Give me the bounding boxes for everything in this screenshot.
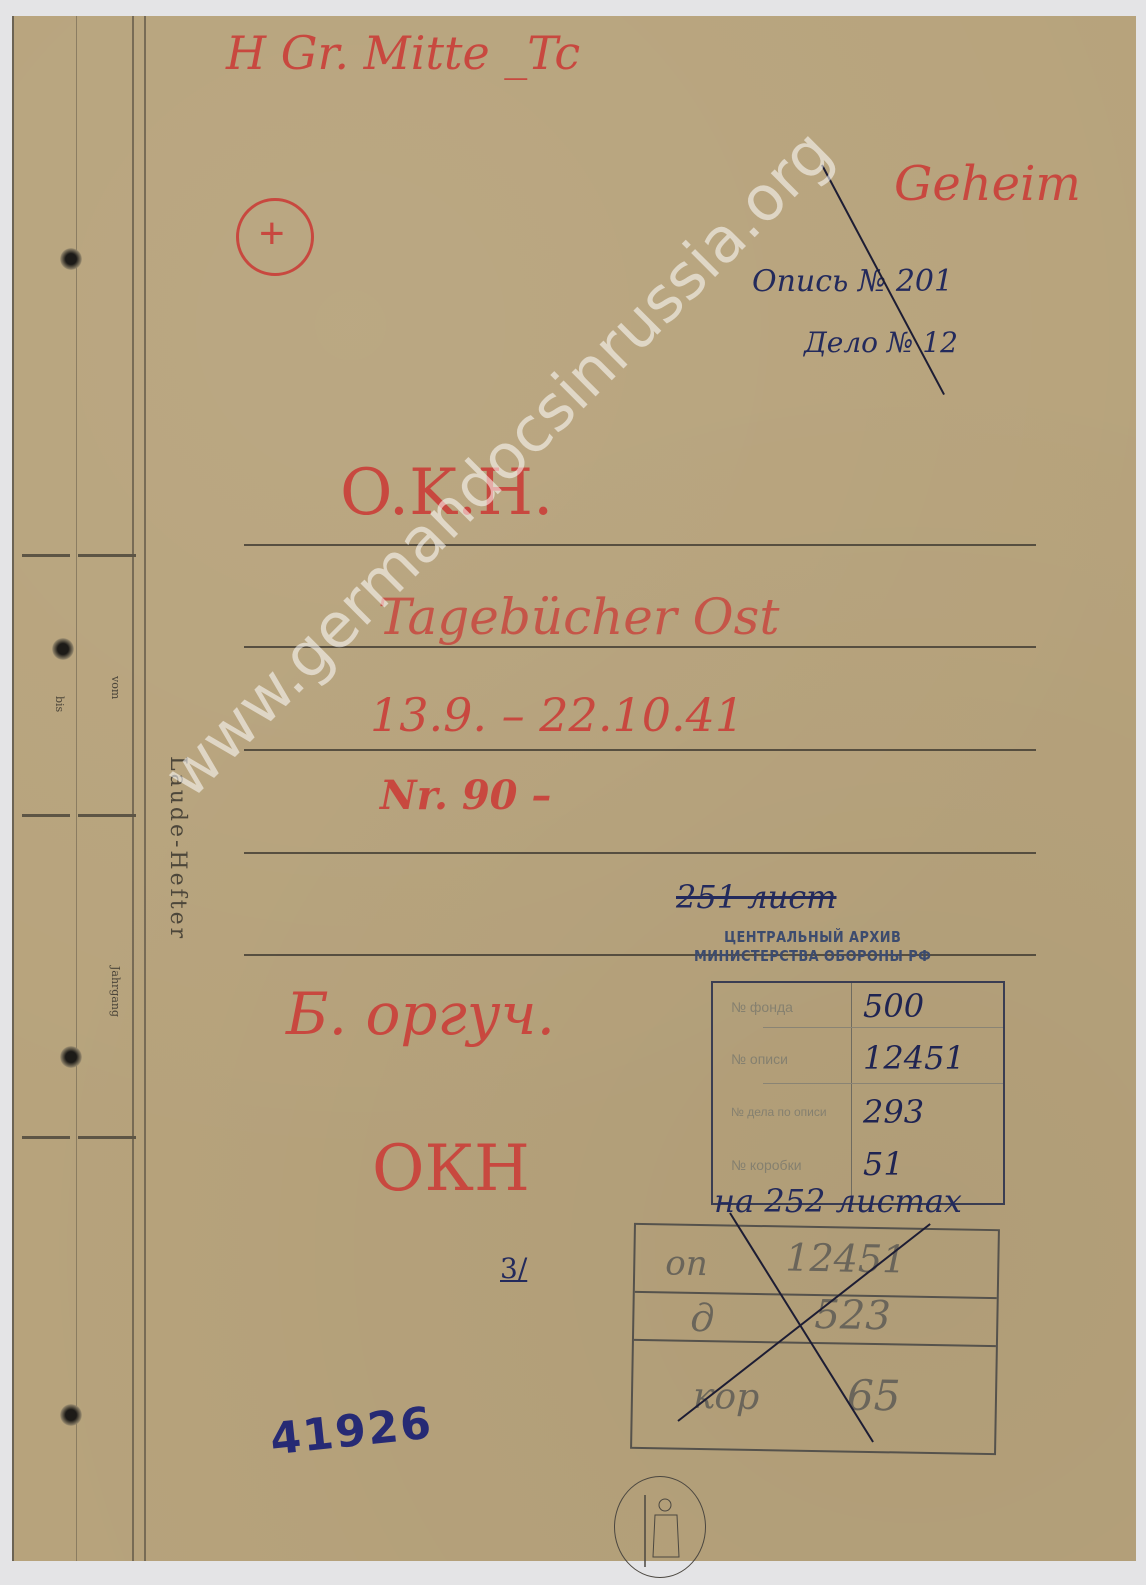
- old-box-value: 12451: [785, 1235, 907, 1281]
- title-rule: [244, 646, 1036, 648]
- stamp-row-delo: № дела по описи 293: [713, 1089, 1003, 1141]
- stamp-row-opis: № описи 12451: [713, 1035, 1003, 1087]
- spine-tick: [78, 814, 136, 817]
- old-box-label: д: [690, 1296, 715, 1340]
- sheet-count: на 252 листах: [714, 1182, 962, 1220]
- army-group-annotation: H Gr. Mitte _Tc: [226, 26, 580, 80]
- sheet-count-crossed: 251 лист: [676, 878, 837, 916]
- old-box-value: 523: [814, 1292, 891, 1339]
- stamp-label: № описи: [731, 1051, 788, 1067]
- manufacturer-seal-icon: [614, 1476, 706, 1578]
- stamp-value: 293: [863, 1093, 924, 1131]
- title-number: Nr. 90 –: [380, 772, 551, 819]
- spine-line: [144, 16, 146, 1561]
- spine-tick: [22, 814, 70, 817]
- spine-line: [76, 16, 77, 1561]
- circled-plus-mark: +: [236, 198, 314, 276]
- archive-stamp-title-line1: ЦЕНТРАЛЬНЫЙ АРХИВ: [694, 928, 931, 947]
- old-archive-box: оп 12451 д 523 кор 65: [630, 1223, 1000, 1455]
- spine-tick: [22, 554, 70, 557]
- spine-tick: [78, 554, 136, 557]
- spine-field-vom: vom: [109, 676, 122, 699]
- spine-line: [132, 16, 134, 1561]
- punch-hole: [60, 248, 82, 270]
- spine-field-jahrgang: Jahrgang: [109, 966, 122, 1017]
- spine-publisher-label: Laude-Hefter: [165, 756, 190, 941]
- title-date-range: 13.9. – 22.10.41: [370, 688, 744, 742]
- title-okh: O.K.H.: [340, 456, 553, 530]
- stamp-label: № фонда: [731, 999, 793, 1015]
- archive-stamp-box: № фонда 500 № описи 12451 № дела по опис…: [711, 981, 1005, 1205]
- spine-tick: [22, 1136, 70, 1139]
- punch-hole: [52, 638, 74, 660]
- title-rule: [244, 852, 1036, 854]
- archive-stamp-title-line2: МИНИСТЕРСТВА ОБОРОНЫ РФ: [694, 947, 931, 966]
- punch-hole: [60, 1404, 82, 1426]
- punch-hole: [60, 1046, 82, 1068]
- stamp-value: 12451: [863, 1039, 965, 1077]
- stamp-label: № коробки: [731, 1157, 802, 1173]
- archive-ref-opis: Опись № 201: [752, 264, 953, 299]
- spine-field-bis: bis: [53, 696, 66, 712]
- title-tagebuecher: Tagebücher Ost: [378, 588, 779, 646]
- title-rule: [244, 544, 1036, 546]
- inventory-number-stamp: 41926: [268, 1398, 436, 1466]
- stamp-value: 51: [863, 1145, 904, 1183]
- spine-tick: [78, 1136, 136, 1139]
- classification-geheim: Geheim: [894, 156, 1081, 212]
- archive-stamp-title: ЦЕНТРАЛЬНЫЙ АРХИВ МИНИСТЕРСТВА ОБОРОНЫ Р…: [694, 928, 931, 966]
- old-box-label: оп: [665, 1243, 708, 1284]
- stamp-label: № дела по описи: [731, 1105, 827, 1119]
- file-cover: Laude-Hefter vom bis Jahrgang H Gr. Mitt…: [14, 16, 1136, 1561]
- title-rule: [244, 749, 1036, 751]
- archive-ref-delo: Дело № 12: [804, 326, 958, 359]
- stamp-value: 500: [863, 987, 924, 1025]
- lower-annotation-okh: ОКН: [372, 1132, 530, 1206]
- lower-annotation-line1: Б. оргуч.: [286, 980, 555, 1048]
- pencil-page-number: 3/: [500, 1252, 527, 1285]
